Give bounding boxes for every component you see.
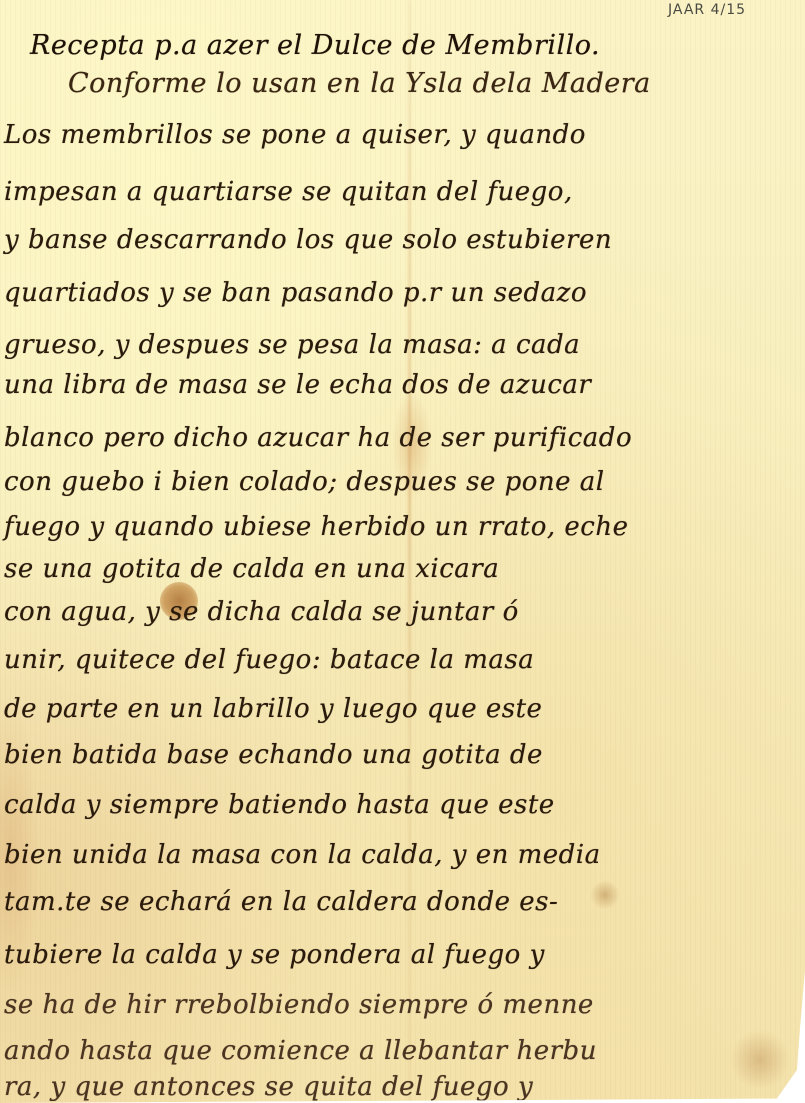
text-line: blanco pero dicho azucar ha de ser purif…: [4, 423, 632, 453]
manuscript-page: JAAR 4/15 Recepta p.a azer el Dulce de M…: [0, 0, 805, 1103]
text-line: de parte en un labrillo y luego que este: [4, 694, 542, 724]
text-line: y banse descarrando los que solo estubie…: [4, 225, 612, 255]
text-line: una libra de masa se le echa dos de azuc…: [4, 370, 591, 400]
text-line: con agua, y se dicha calda se juntar ó: [4, 597, 519, 627]
text-line: bien unida la masa con la calda, y en me…: [4, 840, 601, 870]
text-line: calda y siempre batiendo hasta que este: [4, 790, 555, 820]
corner-stain: [730, 1030, 790, 1090]
text-line: con guebo i bien colado; despues se pone…: [4, 467, 605, 497]
text-line: se una gotita de calda en una xicara: [4, 554, 499, 584]
text-line: tam.te se echará en la caldera donde es-: [4, 887, 558, 917]
text-line: grueso, y despues se pesa la masa: a cad…: [4, 330, 580, 360]
text-line: quartiados y se ban pasando p.r un sedaz…: [4, 278, 587, 308]
text-line: Los membrillos se pone a quiser, y quand…: [4, 120, 586, 150]
manuscript-subtitle: Conforme lo usan en la Ysla dela Madera: [68, 68, 651, 99]
text-line: impesan a quartiarse se quitan del fuego…: [4, 177, 573, 207]
text-line: ra, y que antonces se quita del fuego y: [4, 1072, 533, 1102]
text-line: fuego y quando ubiese herbido un rrato, …: [4, 512, 628, 542]
text-line: unir, quitece del fuego: batace la masa: [4, 645, 534, 675]
paper-fold-line: [408, 0, 411, 1103]
manuscript-title: Recepta p.a azer el Dulce de Membrillo.: [30, 30, 600, 61]
water-stain: [590, 880, 620, 910]
text-line: bien batida base echando una gotita de: [4, 740, 543, 770]
archive-reference: JAAR 4/15: [668, 2, 746, 18]
text-line: tubiere la calda y se pondera al fuego y: [4, 940, 545, 970]
text-line: ando hasta que comience a llebantar herb…: [4, 1036, 597, 1066]
text-line: se ha de hir rrebolbiendo siempre ó menn…: [4, 990, 594, 1020]
